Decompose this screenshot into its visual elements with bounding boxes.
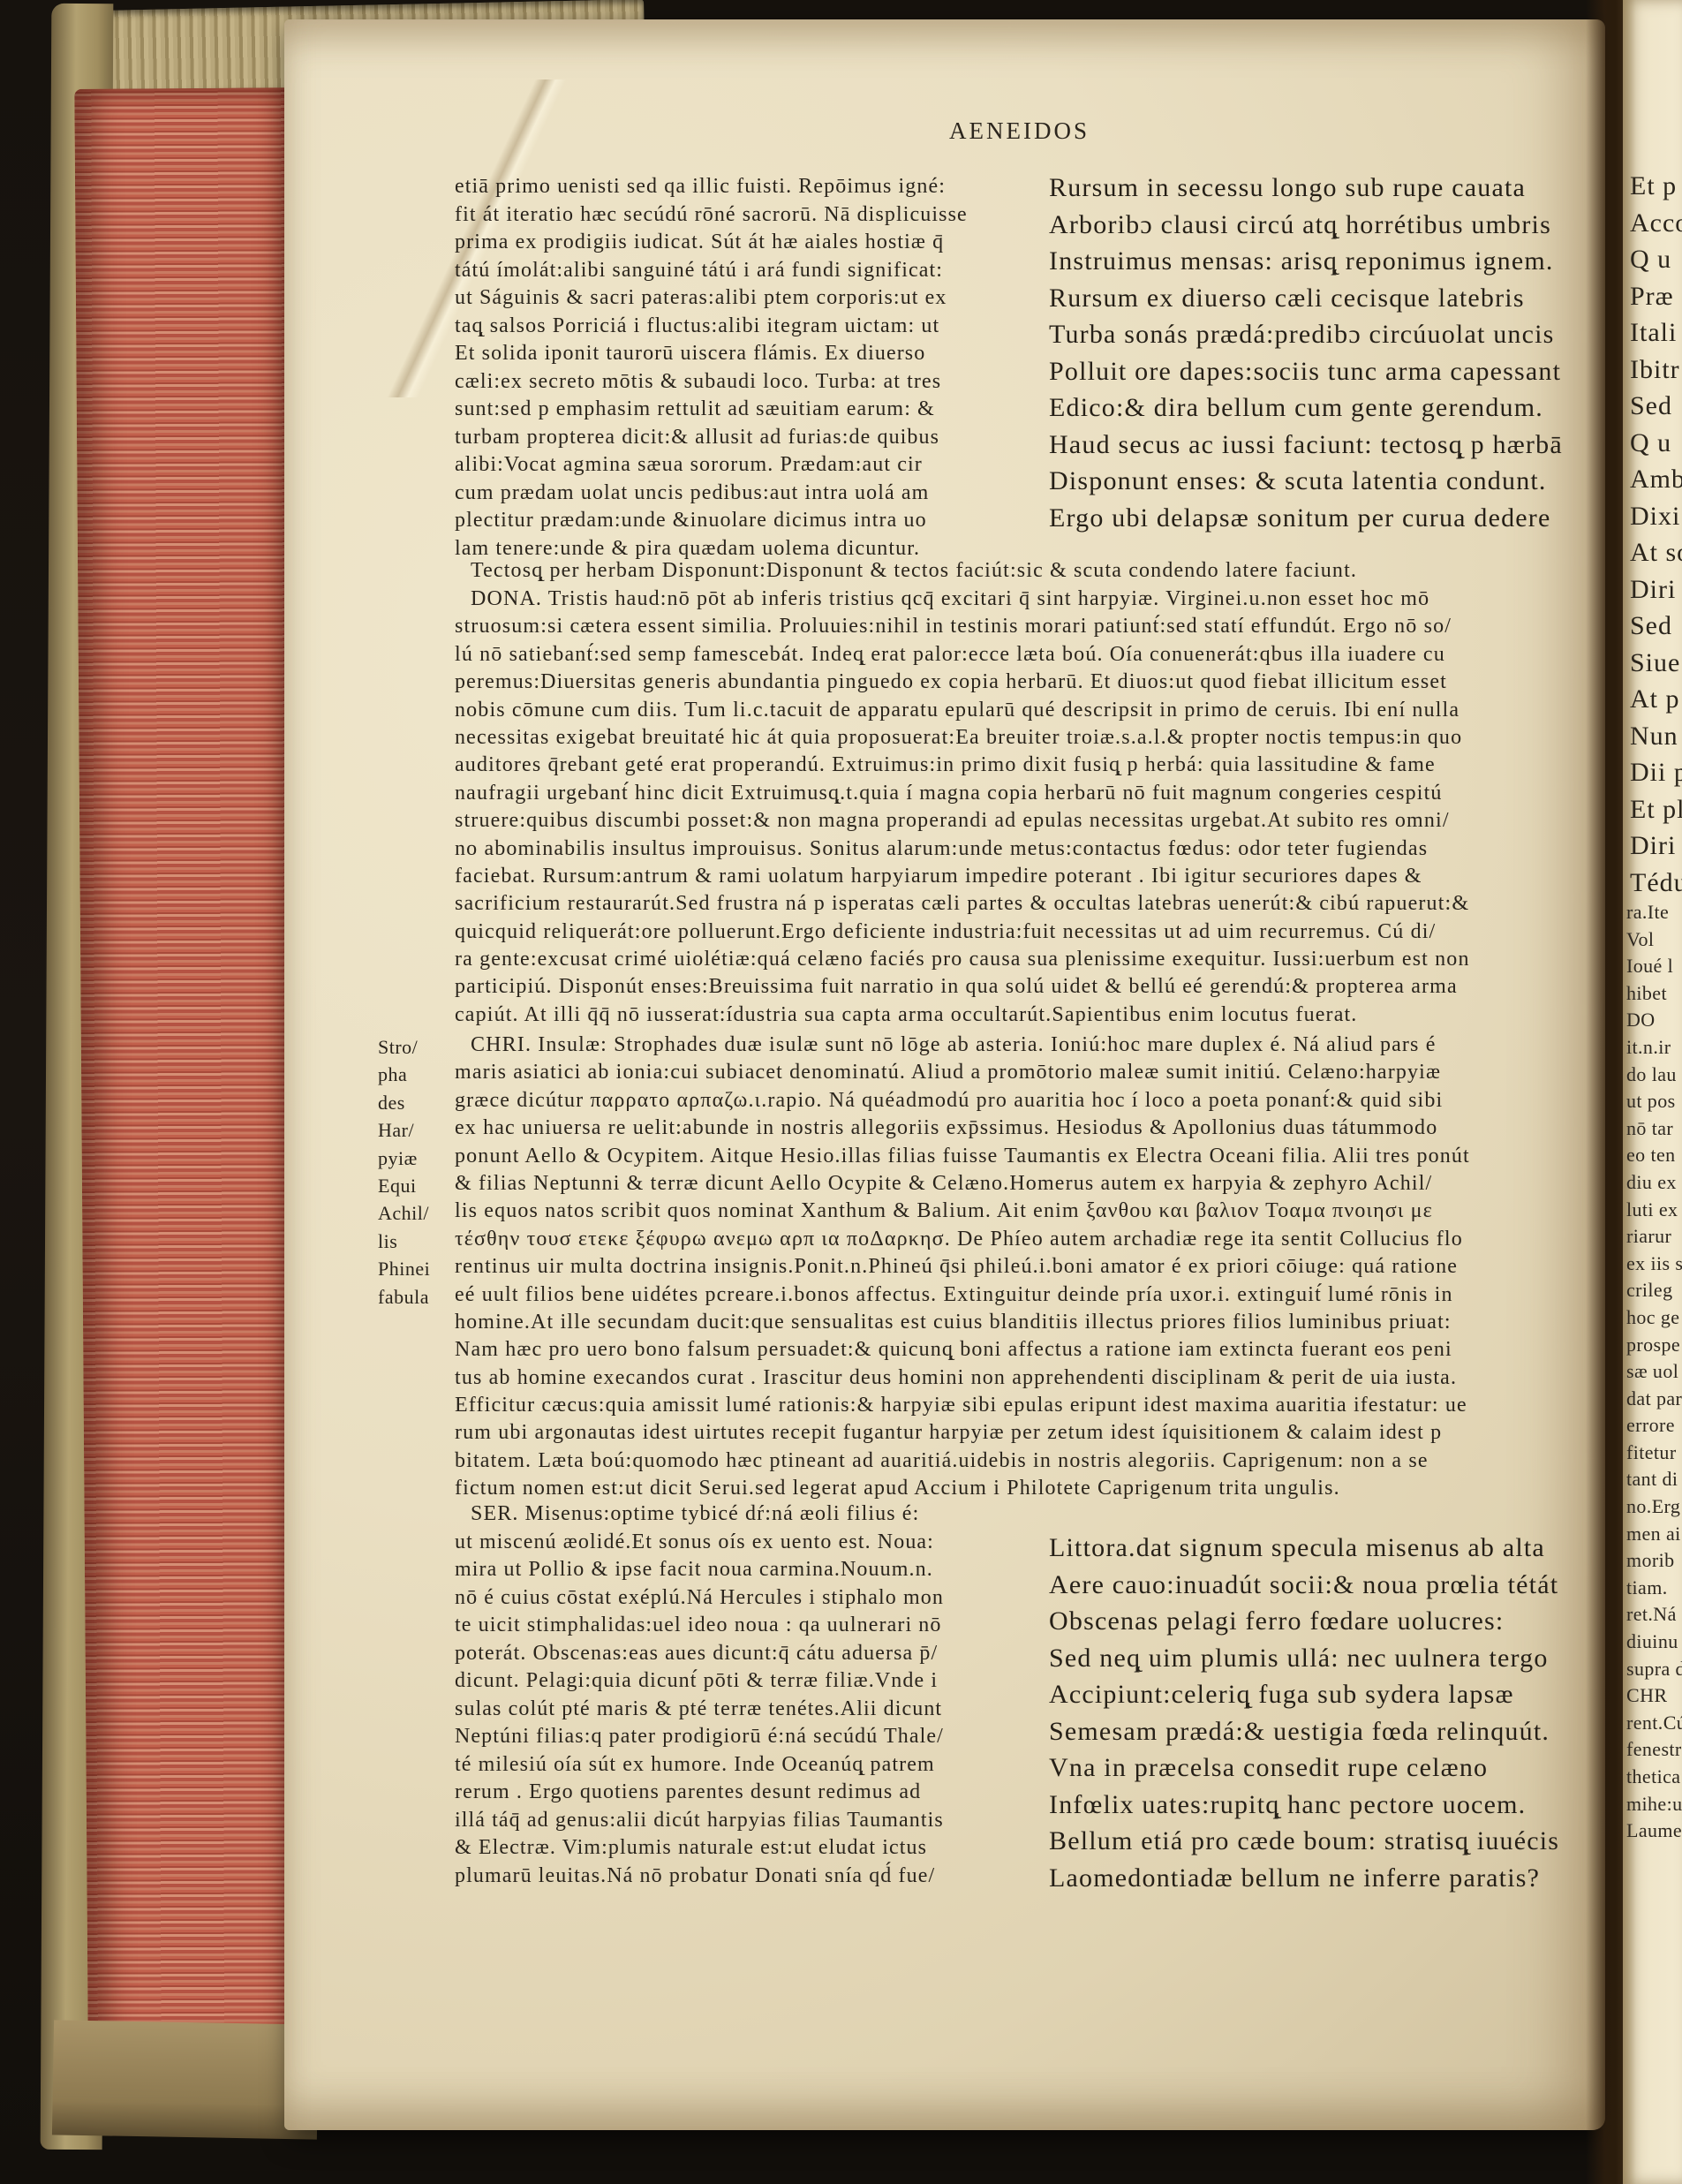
verse-column-bottom-right: Littora.dat signum specula misenus ab al… <box>1049 1530 1595 1896</box>
text-line: faciebat. Rursum:antrum & rami uolatum h… <box>455 863 1595 890</box>
text-line: ra.Ite <box>1626 899 1682 926</box>
text-line: ponunt Aello & Ocypitem. Aitque Hesio.il… <box>455 1143 1595 1170</box>
text-line: sæ uol <box>1626 1358 1682 1386</box>
text-line: CHRI. Insulæ: Strophades duæ isulæ sunt … <box>455 1032 1595 1059</box>
text-line: rentinus uir multa doctrina insignis.Pon… <box>455 1253 1595 1281</box>
text-line: morib <box>1626 1547 1682 1575</box>
text-line: fictum nomen est:ut dicit Serui.sed lege… <box>455 1475 1595 1502</box>
gutter-shadow <box>1586 0 1628 2184</box>
text-line: peremus:Diuersitas generis abundantia pi… <box>455 669 1595 696</box>
text-line: prima ex prodigiis iudicat. Sút át hæ ai… <box>455 229 1024 257</box>
lemma-line-tectosque: Tectosq̨ per herbam Disponunt:Disponunt … <box>455 559 1610 583</box>
text-line: Ibitr <box>1630 351 1682 389</box>
verse-column-top-right: Rursum in secessu longo sub rupe cauataA… <box>1049 170 1592 536</box>
text-line: no abominabilis insultus improuisus. Son… <box>455 835 1595 863</box>
text-line: sulas colút pté maris & pté terræ tenéte… <box>455 1696 1027 1724</box>
text-line: At so <box>1630 534 1682 571</box>
text-line: Acco <box>1630 205 1682 242</box>
text-line: Nam hæc pro uero bono falsum persuadet:&… <box>455 1336 1595 1364</box>
text-line: Turba sonás prædá:predibɔ circúuolat unc… <box>1049 316 1592 353</box>
text-line: ut miscenú æolidé.Et sonus oís ex uento … <box>455 1529 1027 1557</box>
text-line: bitatem. Læta boú:quomodo hæc ptineant a… <box>455 1447 1595 1475</box>
text-line: Littora.dat signum specula misenus ab al… <box>1049 1530 1595 1567</box>
text-line: lis <box>378 1228 453 1255</box>
text-line: Semesam prædá:& uestigia fœda relinquút. <box>1049 1713 1595 1750</box>
text-line: Rursum in secessu longo sub rupe cauata <box>1049 170 1592 207</box>
text-line: Stro/ <box>378 1033 453 1061</box>
text-line: hoc ge <box>1626 1304 1682 1332</box>
text-line: ret.Ná <box>1626 1601 1682 1629</box>
text-line: riarur <box>1626 1223 1682 1251</box>
christophorus-commentary-block: CHRI. Insulæ: Strophades duæ isulæ sunt … <box>455 1032 1595 1503</box>
text-line: homine.At ille secundam ducit:que sensua… <box>455 1309 1595 1336</box>
text-line: nō é cuius cōstat exéplú.Ná Hercules i s… <box>455 1584 1027 1613</box>
text-line: Haud secus ac iussi faciunt: tectosq̨ p … <box>1049 427 1592 464</box>
text-line: SER. Misenus:optime tybicé dŕ:ná æoli fi… <box>455 1500 1027 1529</box>
text-line: Dixi <box>1630 498 1682 535</box>
text-line: eo ten <box>1626 1142 1682 1169</box>
text-line: Neptúni filias:q pater prodigiorū é:ná s… <box>455 1723 1027 1751</box>
text-line: Nun <box>1630 718 1682 755</box>
text-line: nobis cōmune cum diis. Tum li.c.tacuit d… <box>455 697 1595 724</box>
text-line: Vol <box>1626 926 1682 954</box>
margin-note: Stro/phadesHar/pyiæEquiAchil/lisPhineifa… <box>378 1033 453 1311</box>
text-line: des <box>378 1089 453 1116</box>
text-line: thetica <box>1626 1764 1682 1791</box>
book-cover-bottom-edge <box>52 2020 319 2139</box>
text-line: tant di <box>1626 1466 1682 1493</box>
text-line: maris asiatici ab ionia:cui subiacet den… <box>455 1059 1595 1086</box>
text-line: Amb <box>1630 461 1682 498</box>
text-line: turbam propterea dicit:& allusit ad furi… <box>455 424 1024 452</box>
text-line: Itali <box>1630 314 1682 351</box>
text-line: Har/ <box>378 1116 453 1144</box>
text-line: ut pos <box>1626 1088 1682 1115</box>
text-line: & Electræ. Vim:plumis naturale est:ut el… <box>455 1834 1027 1863</box>
text-line: Arboribɔ clausi circú atq̨ horrétibus um… <box>1049 207 1592 244</box>
text-line: ra gente:excusat crimé uiolétiæ:quá celæ… <box>455 946 1595 973</box>
text-line: tiam. <box>1626 1575 1682 1602</box>
text-line: Diri <box>1630 828 1682 865</box>
text-line: illá táq̄ ad genus:alii dicút harpyias f… <box>455 1807 1027 1835</box>
text-line: græce dicútur παρρατο αρπαζω.ι.rapio. Ná… <box>455 1087 1595 1115</box>
text-line: té milesiú oía sút ex humore. Inde Ocean… <box>455 1751 1027 1780</box>
text-line: plumarū leuitas.Ná nō probatur Donati sn… <box>455 1863 1027 1891</box>
text-line: CHR <box>1626 1682 1682 1710</box>
text-line: prospe <box>1626 1332 1682 1359</box>
text-line: Accipiunt:celeriq̨ fuga sub sydera lapsæ <box>1049 1676 1595 1713</box>
text-line: Tédu <box>1630 865 1682 902</box>
book-photograph: AENEIDOS etiā primo uenisti sed qa illic… <box>0 0 1682 2184</box>
text-line: capiút. At illi q̄q̄ nō iusserat:ídustri… <box>455 1001 1595 1029</box>
text-line: Equi <box>378 1172 453 1199</box>
text-line: hibet <box>1626 980 1682 1008</box>
text-line: struere:quibus discumbi posset:& non mag… <box>455 807 1595 835</box>
text-line: pyiæ <box>378 1145 453 1172</box>
text-line: Instruimus mensas: arisq̨ reponimus igne… <box>1049 243 1592 280</box>
text-line: & filias Neptunni & terræ dicunt Aello O… <box>455 1170 1595 1198</box>
text-line: Laomedontiadæ bellum ne inferre paratis? <box>1049 1860 1595 1897</box>
text-line: te uicit stimphalidas:uel ideo noua : qa… <box>455 1612 1027 1640</box>
text-line: quicquid reliquerát:ore polluerunt.Ergo … <box>455 918 1595 946</box>
text-line: luti ex <box>1626 1197 1682 1224</box>
text-line: Præ <box>1630 278 1682 315</box>
text-line: Q u <box>1630 241 1682 278</box>
text-line: diuinu <box>1626 1629 1682 1656</box>
text-line: Bellum etiá pro cæde boum: stratisq̨ iuu… <box>1049 1823 1595 1860</box>
text-line: Vna in præcelsa consedit rupe celæno <box>1049 1749 1595 1787</box>
text-line: Diri <box>1630 571 1682 608</box>
text-line: it.n.ir <box>1626 1034 1682 1062</box>
text-line: Sed <box>1630 608 1682 645</box>
text-line: pha <box>378 1061 453 1088</box>
text-line: crileg <box>1626 1277 1682 1304</box>
text-line: Dii p <box>1630 754 1682 791</box>
text-line: naufragii urgebant́ hinc dicit Extruimus… <box>455 780 1595 807</box>
text-line: τέσθην τουσ ετεκε ξέφυρω ανεμω αρπ ια πο… <box>455 1226 1595 1253</box>
text-line: fenestra <box>1626 1736 1682 1764</box>
donatus-commentary-block: DONA. Tristis haud:nō pōt ab inferis tri… <box>455 586 1595 1029</box>
text-line: ex iis s <box>1626 1251 1682 1278</box>
text-line: struosum:si cætera essent similia. Prolu… <box>455 613 1595 640</box>
text-line: ex hac uniuersa re uelit:abunde in nostr… <box>455 1115 1595 1142</box>
text-line: sunt:sed p emphasim rettulit ad sæuitiam… <box>455 396 1024 424</box>
text-line: lis equos natos scribit quos nominat Xan… <box>455 1198 1595 1225</box>
text-line: Polluit ore dapes:sociis tunc arma capes… <box>1049 353 1592 390</box>
text-line: Rursum ex diuerso cæli cecisque latebris <box>1049 280 1592 317</box>
text-line: diu ex <box>1626 1169 1682 1197</box>
red-stained-fore-edge <box>74 87 304 2045</box>
text-line: supra d <box>1626 1656 1682 1683</box>
text-line: Q u <box>1630 425 1682 462</box>
text-line: tátú ímolát:alibi sanguiné tátú i ará fu… <box>455 257 1024 285</box>
text-line: DONA. Tristis haud:nō pōt ab inferis tri… <box>455 586 1595 613</box>
text-line: men ai <box>1626 1521 1682 1548</box>
text-line: Ioué l <box>1626 953 1682 980</box>
text-line: Ergo ubi delapsæ sonitum per curua deder… <box>1049 500 1592 537</box>
text-line: nō tar <box>1626 1115 1682 1143</box>
text-line: sacrificium restaurarút.Sed frustra ná p… <box>455 890 1595 918</box>
text-line: do lau <box>1626 1062 1682 1089</box>
text-line: Infœlix uates:rupitq̨ hanc pectore uocem… <box>1049 1787 1595 1824</box>
text-line: Obscenas pelagi ferro fœdare uolucres: <box>1049 1603 1595 1640</box>
facing-page-sliver: Et pAccoQ uPræItaliIbitrSedQ uAmbDixiAt … <box>1623 0 1682 2184</box>
text-line: Et solida iponit taurorū uiscera flámis.… <box>455 340 1024 368</box>
text-line: ut Ságuinis & sacri pateras:alibi ptem c… <box>455 284 1024 313</box>
text-line: Et pl <box>1630 791 1682 828</box>
text-line: Siue <box>1630 645 1682 682</box>
text-line: cæli:ex secreto mōtis & subaudi loco. Tu… <box>455 368 1024 397</box>
text-line: fit át iteratio hæc secúdú rōné sacrorū.… <box>455 201 1024 230</box>
text-line: fabula <box>378 1283 453 1311</box>
text-line: etiā primo uenisti sed qa illic fuisti. … <box>455 173 1024 201</box>
text-line: Disponunt enses: & scuta latentia condun… <box>1049 463 1592 500</box>
text-line: Sed neq̨ uim plumis ullá: nec uulnera te… <box>1049 1640 1595 1677</box>
text-line: Efficitur cæcus:quia amissit lumé ration… <box>455 1392 1595 1419</box>
text-line: Phinei <box>378 1255 453 1282</box>
text-line: auditores q̄rebant geté erat properandú.… <box>455 752 1595 779</box>
facing-page-commentary-fragments: ra.IteVolIoué lhibetDOit.n.irdo lauut po… <box>1626 899 1682 1845</box>
text-line: plectitur prædam:unde &inuolare dicimus … <box>455 507 1024 535</box>
text-line: Achil/ <box>378 1199 453 1227</box>
text-line: DO <box>1626 1007 1682 1034</box>
text-line: participiú. Disponút enses:Breuissima fu… <box>455 973 1595 1001</box>
text-line: At p <box>1630 681 1682 718</box>
text-line: eé uult filios bene uidétes pcreare.i.bo… <box>455 1281 1595 1309</box>
text-line: Sed <box>1630 388 1682 425</box>
text-line: Edico:& dira bellum cum gente gerendum. <box>1049 389 1592 427</box>
text-line: poterát. Obscenas:eas aues dicunt:q̄ cát… <box>455 1640 1027 1668</box>
text-line: mihe:u <box>1626 1791 1682 1818</box>
text-line: Aere cauo:inuadút socii:& noua prœlia té… <box>1049 1567 1595 1604</box>
text-line: rent.Cú <box>1626 1710 1682 1737</box>
text-line: errore <box>1626 1412 1682 1440</box>
text-line: cum prædam uolat uncis pedibus:aut intra… <box>455 480 1024 508</box>
text-line: fitetur <box>1626 1440 1682 1467</box>
text-line: necessitas exigebat breuitaté hic át qui… <box>455 724 1595 752</box>
facing-page-verse-fragments: Et pAccoQ uPræItaliIbitrSedQ uAmbDixiAt … <box>1630 168 1682 901</box>
text-line: no.Erg <box>1626 1493 1682 1521</box>
text-line: rum ubi argonautas idest uirtutes recepi… <box>455 1419 1595 1447</box>
text-line: tus ab homine execandos curat . Irascitu… <box>455 1364 1595 1392</box>
text-line: dat par <box>1626 1386 1682 1413</box>
servius-commentary-column: SER. Misenus:optime tybicé dŕ:ná æoli fi… <box>455 1500 1027 1890</box>
text-line: mira ut Pollio & ipse facit noua carmina… <box>455 1556 1027 1584</box>
text-line: Et p <box>1630 168 1682 205</box>
text-line: dicunt. Pelagi:quia dicunt́ pōti & terræ… <box>455 1667 1027 1696</box>
text-line: Laume <box>1626 1817 1682 1845</box>
text-line: rerum . Ergo quotiens parentes desunt re… <box>455 1779 1027 1807</box>
text-line: lú nō satiebant́:sed semp famescebát. In… <box>455 641 1595 669</box>
running-title: AENEIDOS <box>949 117 1090 145</box>
commentary-column-top-left: etiā primo uenisti sed qa illic fuisti. … <box>455 173 1024 563</box>
text-line: taq̨ salsos Porriciá i fluctus:alibi ite… <box>455 313 1024 341</box>
text-line: alibi:Vocat agmina sæua sororum. Prædam:… <box>455 451 1024 480</box>
